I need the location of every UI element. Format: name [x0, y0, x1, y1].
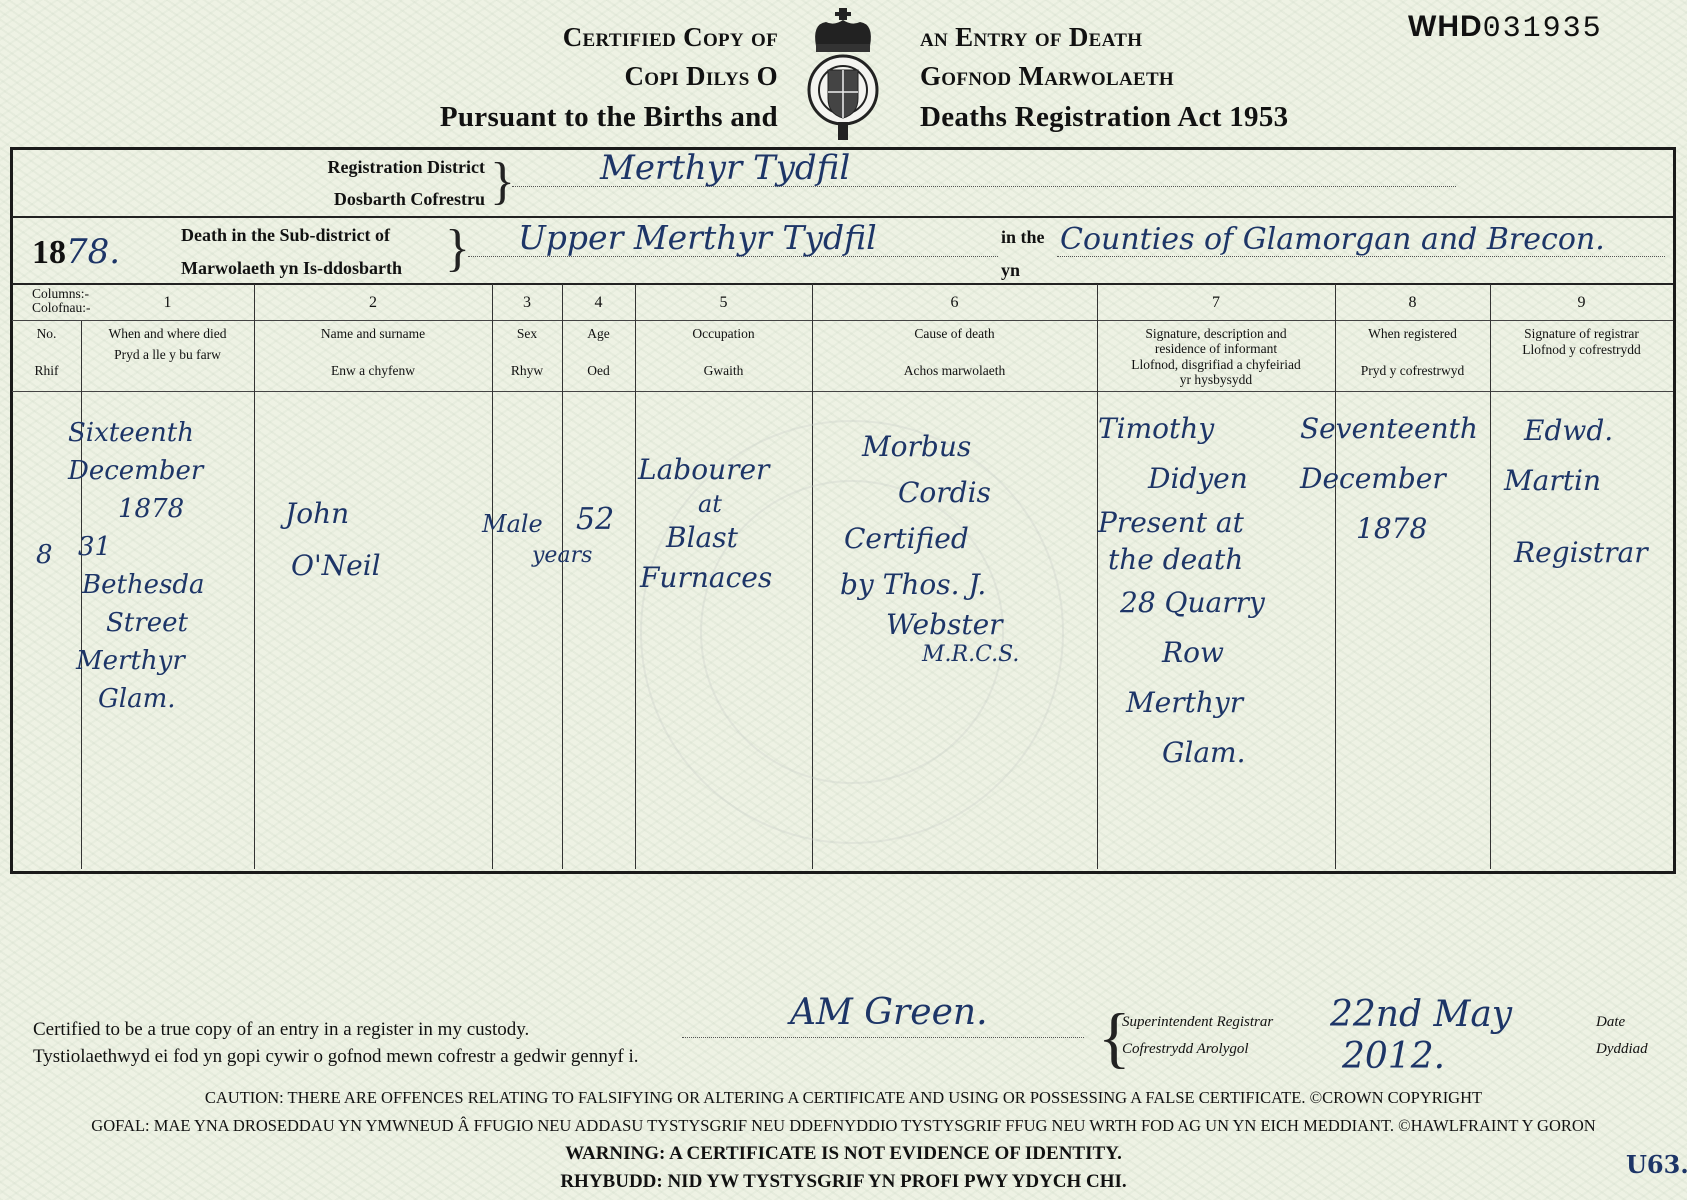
- caution-cy: GOFAL: MAE YNA DROSEDDAU YN YMWNEUD Â FF…: [0, 1116, 1687, 1136]
- col-head-cy: Llofnod y cofrestrydd: [1520, 342, 1643, 357]
- col-head-en: Occupation: [635, 326, 812, 341]
- col-head-cy: Achos marwolaeth: [812, 363, 1097, 378]
- hw-line: Row: [1098, 628, 1265, 678]
- col-head-en: Name and surname: [254, 326, 492, 341]
- district-label-en: Registration District: [328, 157, 485, 178]
- yn-label: yn: [1001, 260, 1020, 281]
- title-act-1953: Deaths Registration Act 1953: [920, 101, 1288, 134]
- hw-line: Labourer: [638, 450, 772, 490]
- hw-line: by Thos. J.: [840, 562, 1019, 608]
- title-certified-copy: Certified Copy of: [563, 22, 778, 53]
- county-value: Counties of Glamorgan and Brecon.: [1060, 222, 1605, 257]
- hw-line: 28 Quarry: [1098, 578, 1265, 628]
- col-head-cy: Oed: [562, 363, 635, 378]
- title-pursuant: Pursuant to the Births and: [440, 101, 778, 134]
- hw-line: 1878: [1300, 504, 1478, 554]
- col-head-en: Signature, description and residence of …: [1125, 326, 1307, 356]
- entry-age: 52 years: [576, 502, 614, 574]
- title-entry-of-death: an Entry of Death: [920, 22, 1142, 53]
- hw-line: 1878: [60, 490, 205, 528]
- hw-line: Martin: [1504, 456, 1648, 506]
- hw-line: Cordis: [840, 470, 1019, 516]
- entry-sex: Male: [482, 510, 543, 538]
- hw-line: Seventeenth: [1300, 404, 1478, 454]
- col-num-9: 9: [1490, 294, 1673, 312]
- col-num-2: 2: [254, 294, 492, 312]
- col-head-7: Signature, description and residence of …: [1125, 326, 1307, 387]
- col-head-cy: Llofnod, disgrifiad a chyfeiriad yr hysb…: [1125, 357, 1307, 387]
- col-head-cy: Pryd y cofrestrwyd: [1355, 363, 1470, 378]
- col-head-en: Sex: [492, 326, 562, 341]
- row-divider: [12, 283, 1673, 285]
- in-the-label: in the: [1001, 227, 1045, 248]
- hw-line: Didyen: [1098, 454, 1265, 504]
- col-head-en: When registered: [1355, 326, 1470, 341]
- hw-line: Webster: [840, 608, 1019, 642]
- col-head-6: Cause of death Achos marwolaeth: [812, 326, 1097, 378]
- entry-registrar: Edwd. Martin Registrar: [1504, 406, 1648, 578]
- col-head-en: Cause of death: [812, 326, 1097, 341]
- brace: }: [445, 223, 470, 275]
- col-head-no: No. Rhif: [12, 326, 81, 378]
- col-head-8: When registered Pryd y cofrestrwyd: [1355, 326, 1470, 378]
- royal-crest-icon: [806, 6, 880, 142]
- hw-line: Glam.: [60, 680, 205, 718]
- hw-line: Glam.: [1098, 728, 1265, 778]
- hw-line: Certified: [840, 516, 1019, 562]
- hw-line: 31: [60, 528, 205, 566]
- year-printed: 18: [32, 234, 66, 271]
- col-num-1: 1: [81, 294, 254, 312]
- date-label-en: Date: [1596, 1014, 1625, 1031]
- certificate-serial-number: WHD031935: [1408, 10, 1603, 46]
- entry-informant: Timothy Didyen Present at the death 28 Q…: [1098, 404, 1265, 778]
- col-head-cy: Rhyw: [492, 363, 562, 378]
- col-head-cy: Enw a chyfenw: [254, 363, 492, 378]
- serial-prefix: WHD: [1408, 10, 1483, 43]
- brace: }: [490, 156, 515, 208]
- hw-line: years: [532, 538, 614, 574]
- hw-line: John: [285, 488, 381, 540]
- superintendent-signature: AM Green.: [790, 992, 988, 1033]
- hw-line: Street: [60, 604, 205, 642]
- district-value: Merthyr Tydfil: [600, 148, 850, 188]
- col-head-cy: Pryd a lle y bu farw: [101, 347, 234, 362]
- year-handwritten: 78.: [66, 232, 120, 272]
- warning-en: WARNING: A CERTIFICATE IS NOT EVIDENCE O…: [0, 1143, 1687, 1165]
- entry-cause-of-death: Morbus Cordis Certified by Thos. J. Webs…: [840, 424, 1019, 668]
- col-num-6: 6: [812, 294, 1097, 312]
- entry-occupation: Labourer at Blast Furnaces: [638, 450, 772, 598]
- col-head-en: Signature of registrar: [1520, 326, 1643, 341]
- entry-when-where: Sixteenth December 1878 31 Bethesda Stre…: [60, 414, 205, 718]
- certification-date-line2: 2012.: [1342, 1036, 1445, 1077]
- hw-line: Registrar: [1504, 528, 1648, 578]
- col-num-7: 7: [1097, 294, 1335, 312]
- date-label-cy: Dyddiad: [1596, 1041, 1648, 1058]
- hw-line: at: [638, 490, 772, 518]
- hw-line: December: [60, 452, 205, 490]
- hw-line: M.R.C.S.: [840, 642, 1019, 668]
- hw-line: Timothy: [1098, 404, 1265, 454]
- col-num-4: 4: [562, 294, 635, 312]
- certification-date-line1: 22nd May: [1330, 994, 1512, 1035]
- subdistrict-label-cy: Marwolaeth yn Is-ddosbarth: [181, 258, 402, 279]
- subdistrict-value: Upper Merthyr Tydfil: [518, 218, 877, 257]
- col-head-en: Age: [562, 326, 635, 341]
- hw-line: Bethesda: [60, 566, 205, 604]
- entry-when-registered: Seventeenth December 1878: [1300, 404, 1478, 554]
- office-annotation: U63.: [1626, 1150, 1687, 1179]
- title-gofnod-marwolaeth: Gofnod Marwolaeth: [920, 61, 1174, 92]
- signature-dotted-line: [682, 1037, 1084, 1038]
- caution-en: CAUTION: THERE ARE OFFENCES RELATING TO …: [0, 1088, 1687, 1108]
- title-copi-dilys: Copi Dilys O: [625, 61, 779, 92]
- hw-line: 52: [576, 502, 614, 538]
- hw-line: Merthyr: [60, 642, 205, 680]
- role-label-en: Superintendent Registrar: [1122, 1014, 1273, 1031]
- col-head-2: Name and surname Enw a chyfenw: [254, 326, 492, 378]
- hw-line: the death: [1098, 542, 1265, 578]
- col-head-9: Signature of registrar Llofnod y cofrest…: [1520, 326, 1643, 357]
- col-num-3: 3: [492, 294, 562, 312]
- role-label-cy: Cofrestrydd Arolygol: [1122, 1041, 1249, 1058]
- hw-line: Sixteenth: [60, 414, 205, 452]
- subdistrict-label-en: Death in the Sub-district of: [181, 225, 390, 246]
- row-divider: [12, 320, 1673, 321]
- col-head-1: When and where died Pryd a lle y bu farw: [101, 326, 234, 362]
- col-num-5: 5: [635, 294, 812, 312]
- hw-line: Morbus: [840, 424, 1019, 470]
- hw-line: Present at: [1098, 504, 1265, 542]
- col-num-8: 8: [1335, 294, 1490, 312]
- col-head-en: No.: [12, 326, 81, 341]
- entry-year: 1878.: [32, 232, 120, 272]
- entry-number: 8: [36, 540, 53, 570]
- col-divider: [1335, 284, 1336, 869]
- col-head-cy: Gwaith: [635, 363, 812, 378]
- hw-line: Merthyr: [1098, 678, 1265, 728]
- col-head-cy: Rhif: [12, 363, 81, 378]
- district-label-cy: Dosbarth Cofrestru: [334, 189, 485, 210]
- entry-name: John O'Neil: [285, 488, 381, 592]
- col-divider: [1490, 284, 1491, 869]
- hw-line: Furnaces: [638, 558, 772, 598]
- certification-statement-cy: Tystiolaethwyd ei fod yn gopi cywir o go…: [33, 1046, 638, 1068]
- col-head-3: Sex Rhyw: [492, 326, 562, 378]
- certification-statement-en: Certified to be a true copy of an entry …: [33, 1019, 529, 1041]
- hw-line: December: [1300, 454, 1478, 504]
- col-head-4: Age Oed: [562, 326, 635, 378]
- warning-cy: RHYBUDD: NID YW TYSTYSGRIF YN PROFI PWY …: [0, 1171, 1687, 1193]
- serial-digits: 031935: [1483, 12, 1603, 46]
- hw-line: O'Neil: [285, 540, 381, 592]
- hw-line: Blast: [638, 518, 772, 558]
- row-divider: [12, 391, 1673, 392]
- col-head-5: Occupation Gwaith: [635, 326, 812, 378]
- hw-line: Edwd.: [1504, 406, 1648, 456]
- col-head-en: When and where died: [101, 326, 234, 341]
